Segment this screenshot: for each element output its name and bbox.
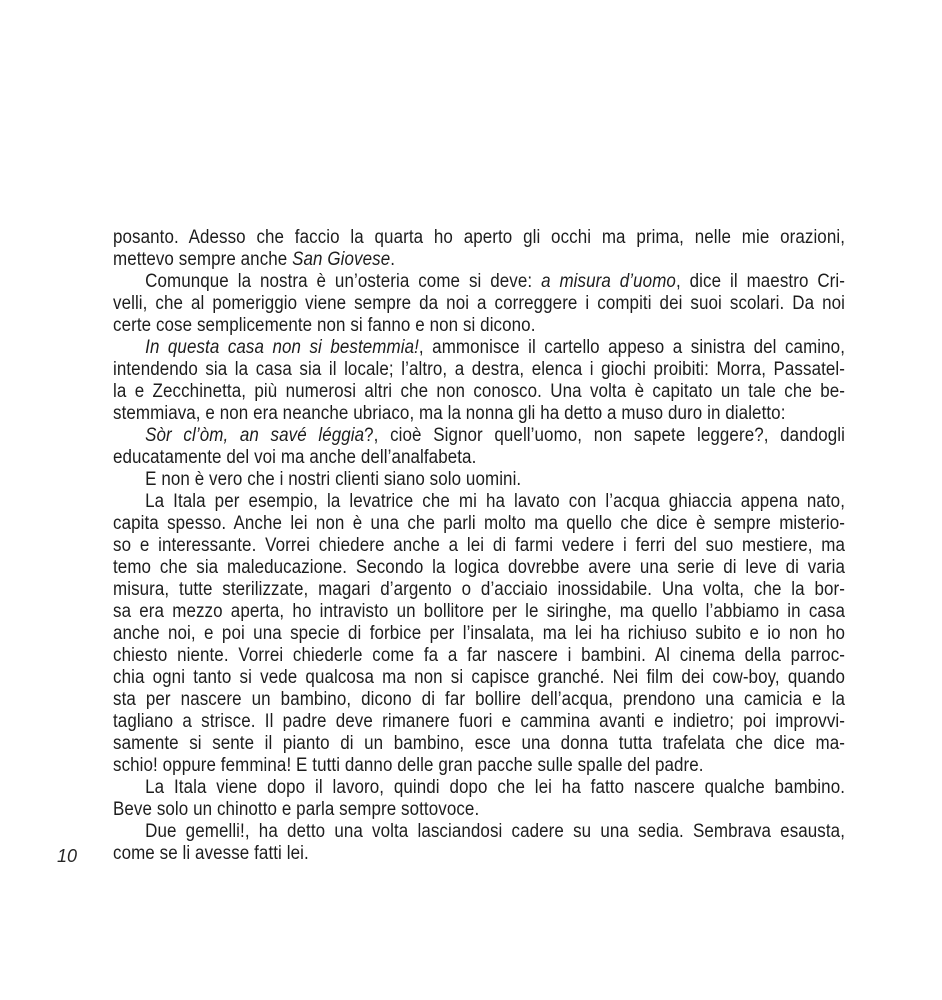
text-run: sta per nascere un bambino, dicono di fa… [113, 689, 845, 710]
text-line: come se li avesse fatti lei. [113, 843, 845, 865]
text-run: , ammonisce il cartello appeso a sinistr… [419, 337, 845, 358]
text-run: certe cose semplicemente non si fanno e … [113, 315, 536, 336]
text-run: La Itala per esempio, la levatrice che m… [145, 491, 845, 512]
text-line: temo che sia maleducazione. Secondo la l… [113, 557, 845, 579]
text-line: certe cose semplicemente non si fanno e … [113, 315, 845, 337]
text-run: Comunque la nostra è un’osteria come si … [145, 271, 541, 292]
text-run: Due gemelli!, ha detto una volta lascian… [145, 821, 845, 842]
text-line: samente si sente il pianto di un bambino… [113, 733, 845, 755]
text-run: chiesto niente. Vorrei chiederle come fa… [113, 645, 845, 666]
italic-text-run: a misura d’uomo [541, 271, 676, 292]
text-run: sa era mezzo aperta, ho intravisto un bo… [113, 601, 845, 622]
text-run: posanto. Adesso che faccio la quarta ho … [113, 227, 845, 248]
text-line: mettevo sempre anche San Giovese. [113, 249, 845, 271]
italic-text-run: Sòr cl’òm, an savé léggia [145, 425, 364, 446]
text-line: chiesto niente. Vorrei chiederle come fa… [113, 645, 845, 667]
text-run: La Itala viene dopo il lavoro, quindi do… [145, 777, 845, 798]
text-line: posanto. Adesso che faccio la quarta ho … [113, 227, 845, 249]
text-run: intendendo sia la casa sia il locale; l’… [113, 359, 845, 380]
text-run: schio! oppure femmina! E tutti danno del… [113, 755, 704, 776]
text-line: intendendo sia la casa sia il locale; l’… [113, 359, 845, 381]
text-run: samente si sente il pianto di un bambino… [113, 733, 845, 754]
text-line: sta per nascere un bambino, dicono di fa… [113, 689, 845, 711]
text-run: misura, tutte sterilizzate, magari d’arg… [113, 579, 845, 600]
text-run: educatamente del voi ma anche dell’analf… [113, 447, 476, 468]
text-line: E non è vero che i nostri clienti siano … [113, 469, 845, 491]
text-run: tagliano a strisce. Il padre deve rimane… [113, 711, 845, 732]
italic-text-run: In questa casa non si bestemmia! [145, 337, 419, 358]
text-line: misura, tutte sterilizzate, magari d’arg… [113, 579, 845, 601]
text-line: capita spesso. Anche lei non è una che p… [113, 513, 845, 535]
text-line: Beve solo un chinotto e parla sempre sot… [113, 799, 845, 821]
text-run: capita spesso. Anche lei non è una che p… [113, 513, 845, 534]
text-block: posanto. Adesso che faccio la quarta ho … [113, 227, 845, 865]
text-line: la e Zecchinetta, più numerosi altri che… [113, 381, 845, 403]
text-run: Beve solo un chinotto e parla sempre sot… [113, 799, 479, 820]
text-run: E non è vero che i nostri clienti siano … [145, 469, 521, 490]
text-line: La Itala viene dopo il lavoro, quindi do… [113, 777, 845, 799]
text-line: sa era mezzo aperta, ho intravisto un bo… [113, 601, 845, 623]
text-run: anche noi, e poi una specie di forbice p… [113, 623, 845, 644]
text-run: mettevo sempre anche [113, 249, 292, 270]
text-run: , dice il maestro Cri- [676, 271, 845, 292]
text-line: Sòr cl’òm, an savé léggia?, cioè Signor … [113, 425, 845, 447]
text-line: velli, che al pomeriggio viene sempre da… [113, 293, 845, 315]
text-line: In questa casa non si bestemmia!, ammoni… [113, 337, 845, 359]
text-run: la e Zecchinetta, più numerosi altri che… [113, 381, 845, 402]
text-line: so e interessante. Vorrei chiedere anche… [113, 535, 845, 557]
text-line: La Itala per esempio, la levatrice che m… [113, 491, 845, 513]
text-run: . [390, 249, 395, 270]
text-line: Comunque la nostra è un’osteria come si … [113, 271, 845, 293]
italic-text-run: San Giovese [292, 249, 390, 270]
text-run: chia ogni tanto si vede qualcosa ma non … [113, 667, 845, 688]
text-run: temo che sia maleducazione. Secondo la l… [113, 557, 845, 578]
text-line: anche noi, e poi una specie di forbice p… [113, 623, 845, 645]
text-line: chia ogni tanto si vede qualcosa ma non … [113, 667, 845, 689]
book-page: 10 posanto. Adesso che faccio la quarta … [0, 0, 942, 1000]
text-run: come se li avesse fatti lei. [113, 843, 309, 864]
text-run: so e interessante. Vorrei chiedere anche… [113, 535, 845, 556]
text-line: educatamente del voi ma anche dell’analf… [113, 447, 845, 469]
text-run: stemmiava, e non era neanche ubriaco, ma… [113, 403, 785, 424]
text-line: Due gemelli!, ha detto una volta lascian… [113, 821, 845, 843]
text-run: velli, che al pomeriggio viene sempre da… [113, 293, 845, 314]
page-number: 10 [57, 845, 77, 867]
text-run: ?, cioè Signor quell’uomo, non sapete le… [364, 425, 845, 446]
text-line: schio! oppure femmina! E tutti danno del… [113, 755, 845, 777]
text-line: tagliano a strisce. Il padre deve rimane… [113, 711, 845, 733]
text-line: stemmiava, e non era neanche ubriaco, ma… [113, 403, 845, 425]
